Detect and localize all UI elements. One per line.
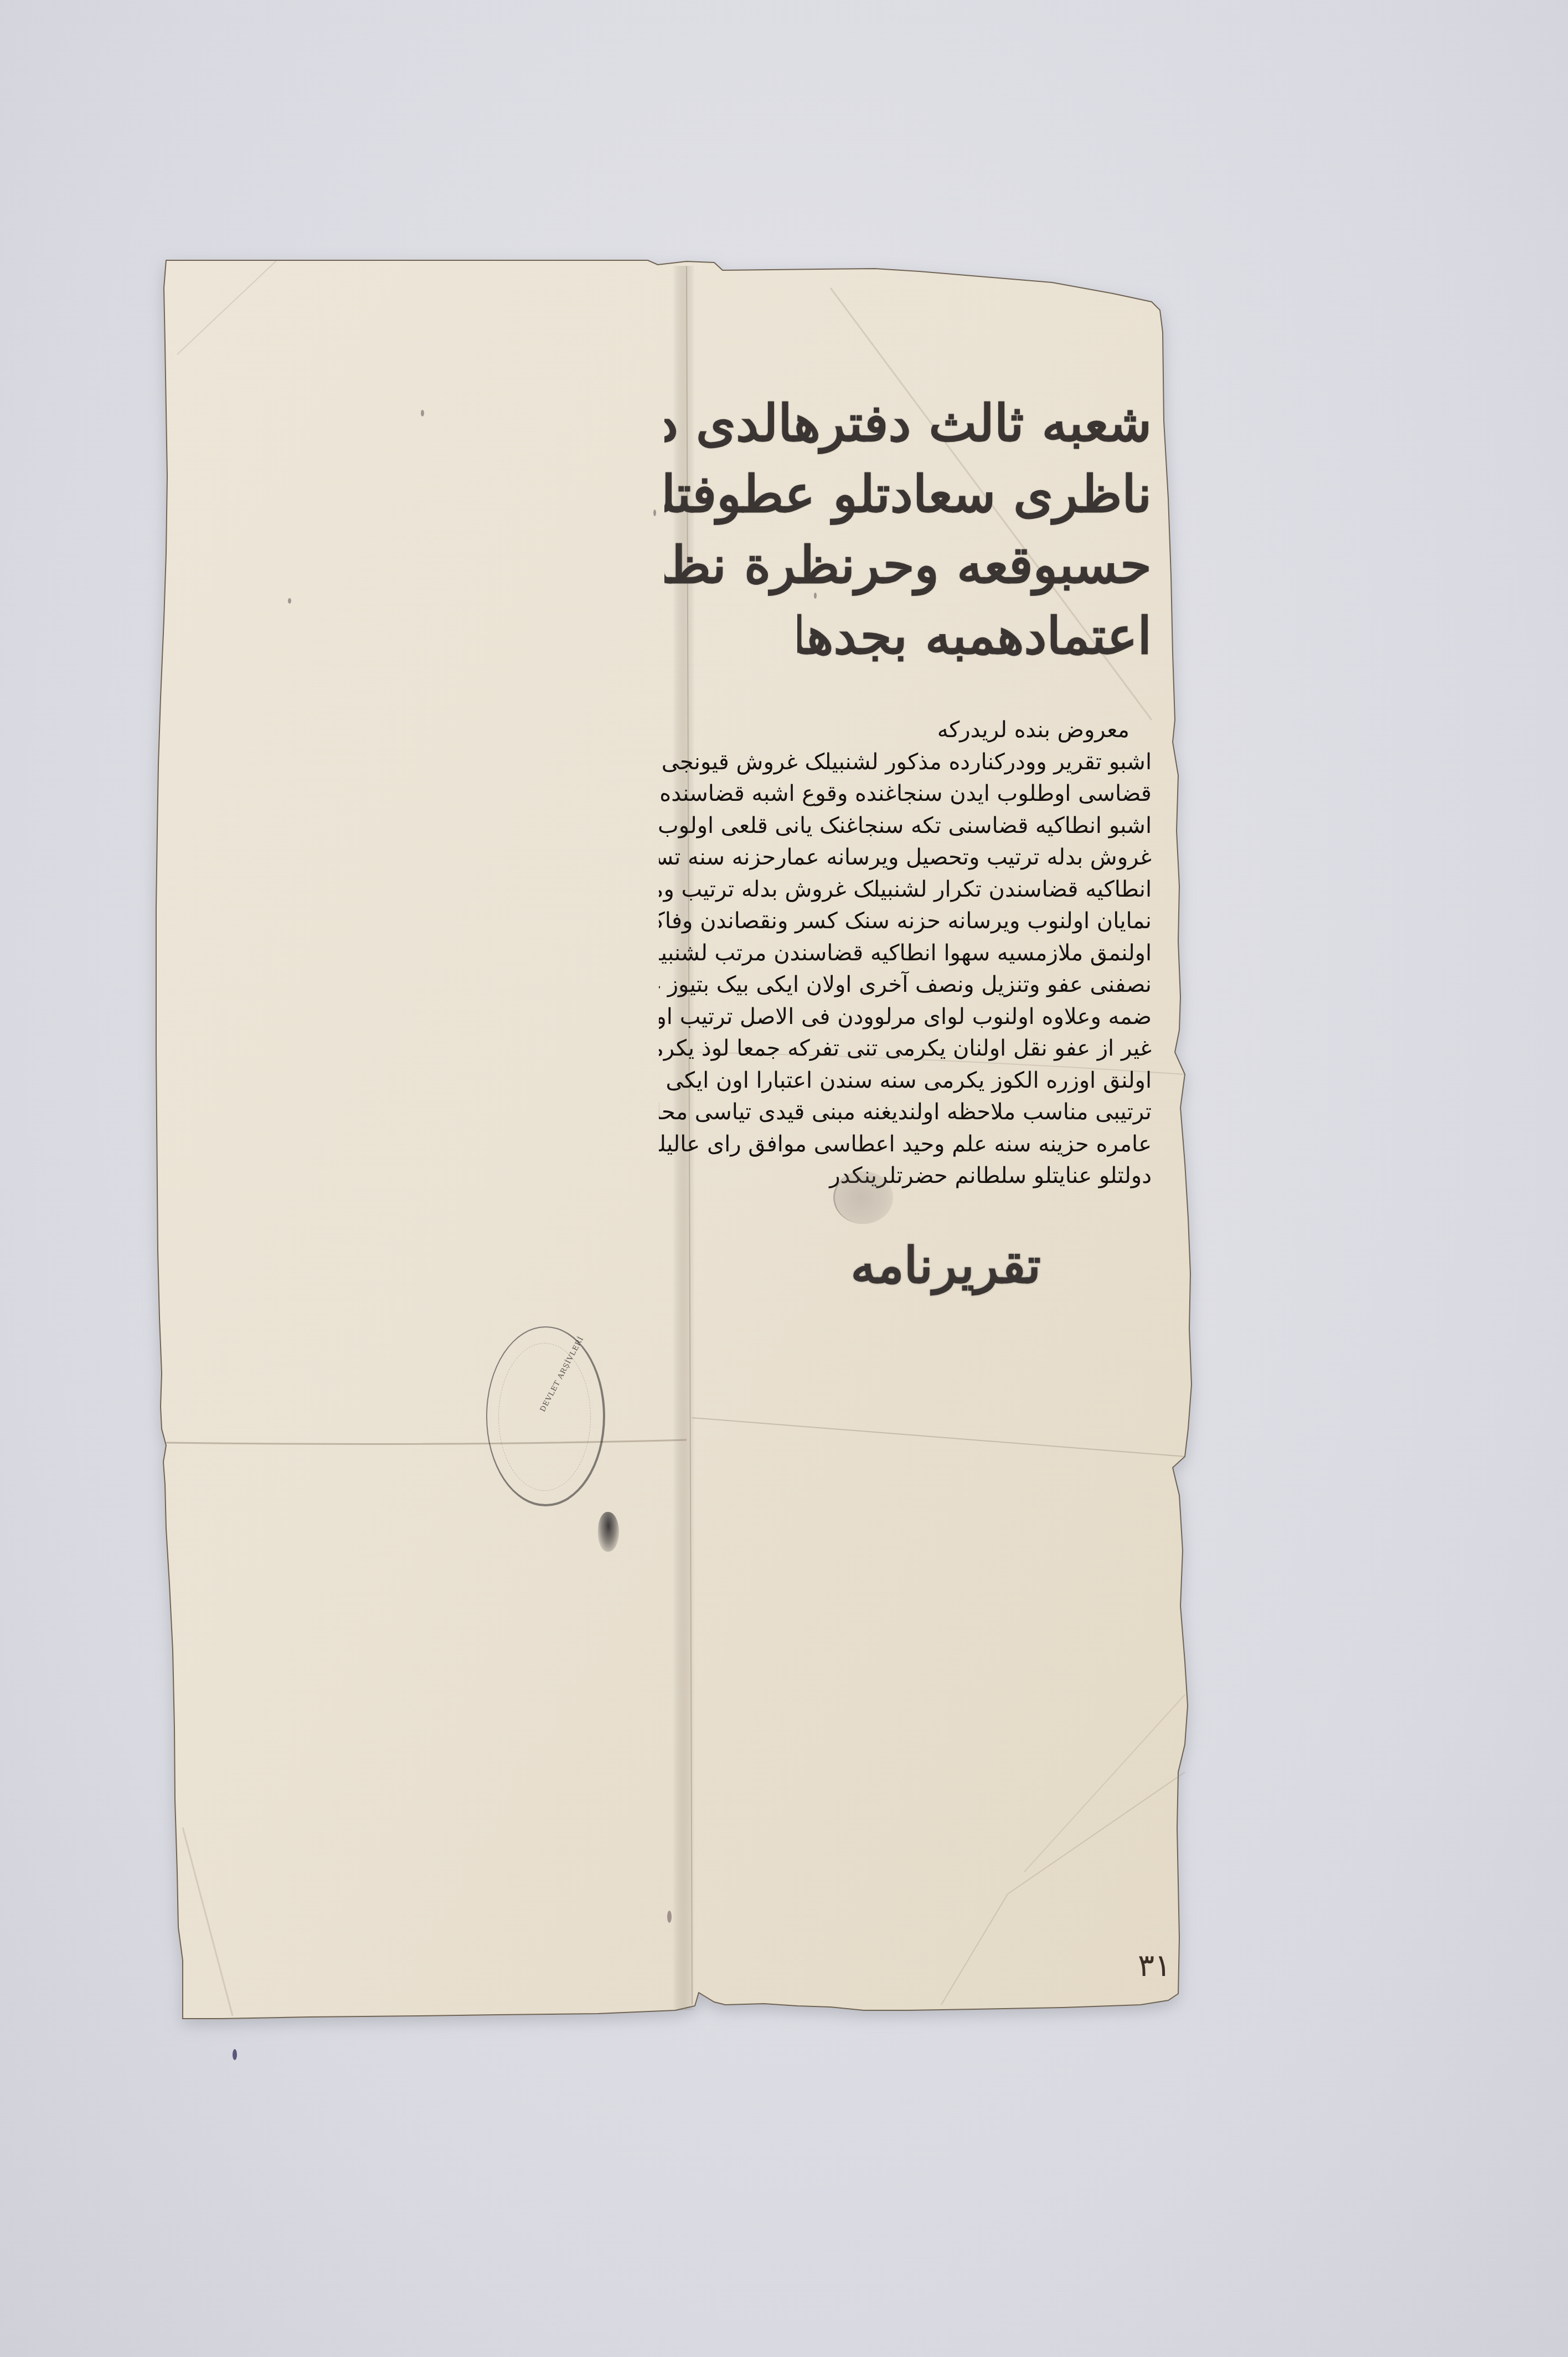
- heading-line: ناظری سعادتلو عطوفتلو افندی حضرتلری: [664, 459, 1152, 529]
- body-line: نصفنی عفو وتنزیل ونصف آخری اولان ایکی بی…: [659, 969, 1152, 1001]
- paper-speck: [288, 598, 291, 604]
- heading-line: حسبوقعه وحرنظرة نظر وافق سنی: [664, 529, 1152, 600]
- ink-blot: [598, 1512, 619, 1552]
- page-number: ٣١: [1129, 1947, 1179, 1985]
- body-line: غیر از عفو نقل اولنان یکرمی تنی تفرکه جم…: [659, 1033, 1152, 1065]
- takrir-signature: تقریرنامه: [869, 1218, 1041, 1313]
- body-line: اشبو تقریر وودرکنارده مذکور لشنبیلک غروش…: [659, 747, 1152, 779]
- heading-line: شعبه ثالث دفترهالدی دائره محیره: [664, 388, 1152, 459]
- body-line: قضاسی اوطلوب ایدن سنجاغنده وقوع اشبه قضا…: [659, 778, 1152, 810]
- body-line: ترتیبی مناسب ملاحظه اولندیغنه مبنی قیدی …: [659, 1097, 1152, 1129]
- heading-line: اعتمادهمبه بجدهلر: [797, 600, 1152, 671]
- body-line: اولنمق ملازمسیه سهوا انطاکیه قضاسندن مرت…: [659, 938, 1152, 970]
- paper-speck: [421, 410, 424, 416]
- body-line: ضمه وعلاوه اولنوب لوای مرلوودن فی الاصل …: [659, 1001, 1152, 1033]
- stamp-inner-ring: [498, 1343, 591, 1491]
- body-line: غروش بدله ترتیب وتحصیل ویرسانه عمارحزنه …: [659, 842, 1152, 874]
- body-line: عامره حزینه سنه علم وحید اعطاسی موافق را…: [659, 1129, 1152, 1161]
- faded-seal-icon: [833, 1171, 893, 1224]
- body-line: اشبو انطاکیه قضاسنی تکه سنجاغنک یانی قلع…: [659, 810, 1152, 842]
- paper-speck: [667, 1911, 672, 1923]
- background-speck: [233, 2049, 237, 2060]
- body-line: انطاکیه قضاسندن تکرار لشنبیلک غروش بدله …: [659, 874, 1152, 906]
- archive-stamp-icon: DEVLET ARŞİVLERİ: [486, 1326, 605, 1506]
- document-body: معروض بنده لریدرکه اشبو تقریر وودرکنارده…: [659, 714, 1152, 1192]
- body-line: نمایان اولنوب ویرسانه حزنه سنک کسر ونقصا…: [659, 905, 1152, 938]
- document-heading: شعبه ثالث دفترهالدی دائره محیره ناظری سع…: [664, 388, 1152, 671]
- body-line: معروض بنده لریدرکه: [659, 714, 1152, 747]
- paper-speck: [653, 510, 656, 516]
- body-line: اولنق اوزره الکوز یکرمی سنه سندن اعتبارا…: [659, 1065, 1152, 1097]
